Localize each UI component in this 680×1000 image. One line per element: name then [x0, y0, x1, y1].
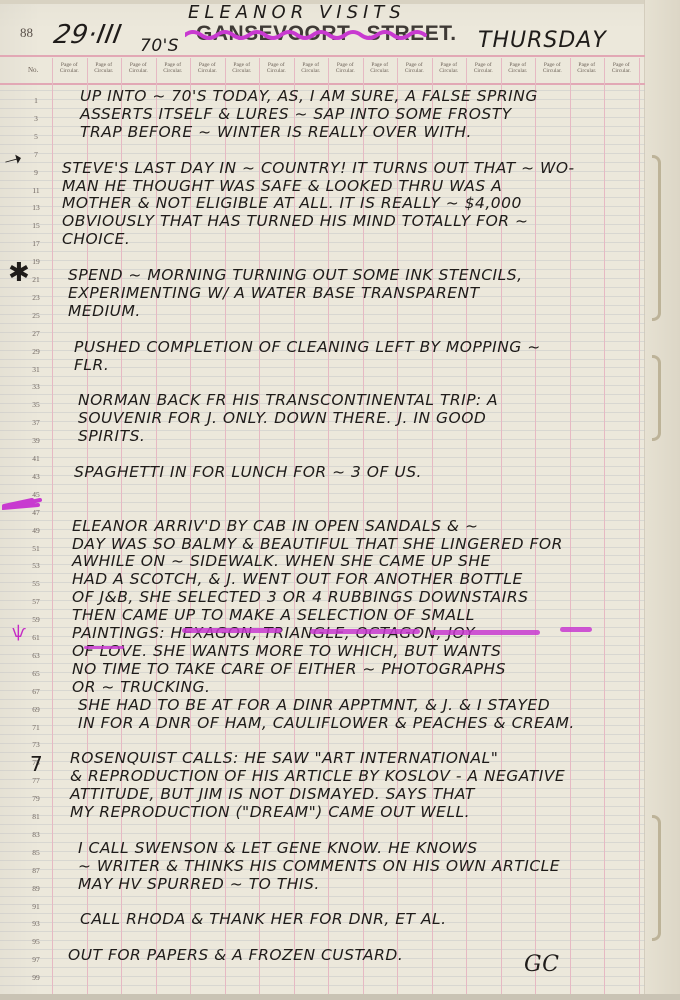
line-number: 69 — [28, 705, 44, 714]
line-number: 93 — [28, 919, 44, 928]
line-number: 99 — [28, 973, 44, 982]
column-header-page-of-circular: Page of Circular. — [259, 62, 294, 82]
ruled-line — [0, 734, 645, 735]
line-number: 61 — [28, 633, 44, 642]
line-number: 33 — [28, 382, 44, 391]
handwritten-day: THURSDAY — [478, 28, 607, 53]
line-number: 41 — [28, 454, 44, 463]
column-header-page-of-circular: Page of Circular. — [432, 62, 467, 82]
column-header-page-of-circular: Page of Circular. — [156, 62, 191, 82]
signature: Gc — [524, 952, 559, 977]
line-number: 63 — [28, 651, 44, 660]
line-number: 77 — [28, 776, 44, 785]
journal-entry: CALL RHODA & THANK HER FOR DNR, ET AL. — [80, 911, 660, 929]
ruled-line — [0, 743, 645, 744]
line-number: 55 — [28, 579, 44, 588]
line-number: 87 — [28, 866, 44, 875]
column-header-page-of-circular: Page of Circular. — [501, 62, 536, 82]
journal-entry: PUSHED COMPLETION OF CLEANING LEFT BY MO… — [74, 339, 654, 375]
binding-loop-1 — [652, 155, 661, 321]
ruled-line — [0, 484, 645, 485]
line-number: 21 — [28, 275, 44, 284]
line-number: 5 — [28, 132, 44, 141]
highlight-stroke — [182, 628, 282, 633]
line-number: 19 — [28, 257, 44, 266]
line-number: 71 — [28, 723, 44, 732]
line-number: 51 — [28, 544, 44, 553]
journal-entry: ROSENQUIST CALLS: HE SAW "ART INTERNATIO… — [70, 750, 650, 822]
asterisk-mark-icon: ✱ — [8, 258, 30, 288]
highlight-stroke — [430, 630, 540, 635]
line-number: 23 — [28, 293, 44, 302]
line-number: 73 — [28, 740, 44, 749]
handwritten-date: 29·III — [51, 20, 124, 50]
line-number: 53 — [28, 561, 44, 570]
highlight-stroke — [84, 646, 124, 649]
arrow-mark-icon: 7 — [30, 752, 43, 776]
column-header-page-of-circular: Page of Circular. — [294, 62, 329, 82]
line-number: 81 — [28, 812, 44, 821]
column-header-page-of-circular: Page of Circular. — [397, 62, 432, 82]
ruled-line — [0, 153, 645, 154]
column-header-page-of-circular: Page of Circular. — [225, 62, 260, 82]
ruled-line — [0, 824, 645, 825]
line-number: 91 — [28, 902, 44, 911]
line-number: 57 — [28, 597, 44, 606]
line-number: 9 — [28, 168, 44, 177]
ruled-line — [0, 931, 645, 932]
line-number: 97 — [28, 955, 44, 964]
line-number: 35 — [28, 400, 44, 409]
ruled-line — [0, 376, 645, 377]
ruled-line — [0, 332, 645, 333]
line-number: 83 — [28, 830, 44, 839]
line-number: 89 — [28, 884, 44, 893]
line-number: 59 — [28, 615, 44, 624]
ruled-line — [0, 385, 645, 386]
ruled-line — [0, 448, 645, 449]
journal-entry: OUT FOR PAPERS & A FROZEN CUSTARD. — [68, 947, 648, 965]
highlight-stroke — [560, 627, 592, 632]
line-number: 95 — [28, 937, 44, 946]
column-header-page-of-circular: Page of Circular. — [190, 62, 225, 82]
line-number: 67 — [28, 687, 44, 696]
line-number: 65 — [28, 669, 44, 678]
journal-entry: ELEANOR ARRIV'D BY CAB IN OPEN SANDALS &… — [72, 518, 652, 697]
ruled-line — [0, 904, 645, 905]
journal-entry: SPAGHETTI IN FOR LUNCH FOR ~ 3 OF US. — [74, 464, 654, 482]
ruled-line — [0, 144, 645, 145]
line-number: 3 — [28, 114, 44, 123]
ruled-line — [0, 896, 645, 897]
journal-entry: SHE HAD TO BE AT FOR A DINR APPTMNT, & J… — [78, 697, 658, 733]
line-number: 79 — [28, 794, 44, 803]
journal-entry: SPEND ~ MORNING TURNING OUT SOME INK STE… — [68, 267, 648, 321]
ruled-line — [0, 985, 645, 986]
line-number: 39 — [28, 436, 44, 445]
column-rule — [52, 58, 53, 1000]
ruled-line — [0, 940, 645, 941]
ruled-line — [0, 457, 645, 458]
column-header-page-of-circular: Page of Circular. — [52, 62, 87, 82]
ruled-line — [0, 833, 645, 834]
column-header-page-of-circular: Page of Circular. — [121, 62, 156, 82]
line-number: 17 — [28, 239, 44, 248]
line-number: 7 — [28, 150, 44, 159]
handwritten-decade: 70's — [140, 36, 179, 56]
magenta-squiggle — [185, 28, 445, 42]
magenta-arrow-icon — [2, 496, 42, 510]
line-number: 29 — [28, 347, 44, 356]
page-bottom-edge — [0, 994, 680, 1000]
line-number: 25 — [28, 311, 44, 320]
column-header-page-of-circular: Page of Circular. — [535, 62, 570, 82]
journal-entry: NORMAN BACK FR HIS TRANSCONTINENTAL TRIP… — [78, 392, 658, 446]
ruled-line — [0, 493, 645, 494]
journal-entry: UP INTO ~ 70'S TODAY, AS, I AM SURE, A F… — [80, 88, 660, 142]
magenta-tick-icon: ѱ — [12, 622, 26, 641]
ruled-line — [0, 251, 645, 252]
line-number: 31 — [28, 365, 44, 374]
column-header-page-of-circular: Page of Circular. — [363, 62, 398, 82]
handwritten-overwrite: ELEANOR VISITS — [188, 2, 406, 23]
column-header-page-of-circular: Page of Circular. — [87, 62, 122, 82]
column-header-page-of-circular: Page of Circular. — [570, 62, 605, 82]
journal-entry: STEVE'S LAST DAY IN ~ COUNTRY! IT TURNS … — [62, 160, 642, 250]
line-number: 37 — [28, 418, 44, 427]
page-number: 88 — [20, 25, 33, 41]
line-number: 1 — [28, 96, 44, 105]
header-rule — [0, 55, 645, 57]
line-number: 27 — [28, 329, 44, 338]
ruled-line — [0, 260, 645, 261]
ruled-line — [0, 511, 645, 512]
ledger-page: Page of Circular.Page of Circular.Page o… — [0, 0, 680, 1000]
no-column-label: No. — [28, 66, 38, 74]
header-rule — [0, 83, 645, 85]
line-number: 43 — [28, 472, 44, 481]
line-number: 15 — [28, 221, 44, 230]
highlight-stroke — [310, 629, 420, 634]
line-number: 49 — [28, 526, 44, 535]
line-number: 85 — [28, 848, 44, 857]
line-number: 11 — [28, 186, 44, 195]
ruled-line — [0, 323, 645, 324]
column-header-page-of-circular: Page of Circular. — [466, 62, 501, 82]
column-header-page-of-circular: Page of Circular. — [328, 62, 363, 82]
journal-entry: I CALL SWENSON & LET GENE KNOW. HE KNOWS… — [78, 840, 658, 894]
line-number: 13 — [28, 203, 44, 212]
ruled-line — [0, 502, 645, 503]
column-header-page-of-circular: Page of Circular. — [604, 62, 639, 82]
